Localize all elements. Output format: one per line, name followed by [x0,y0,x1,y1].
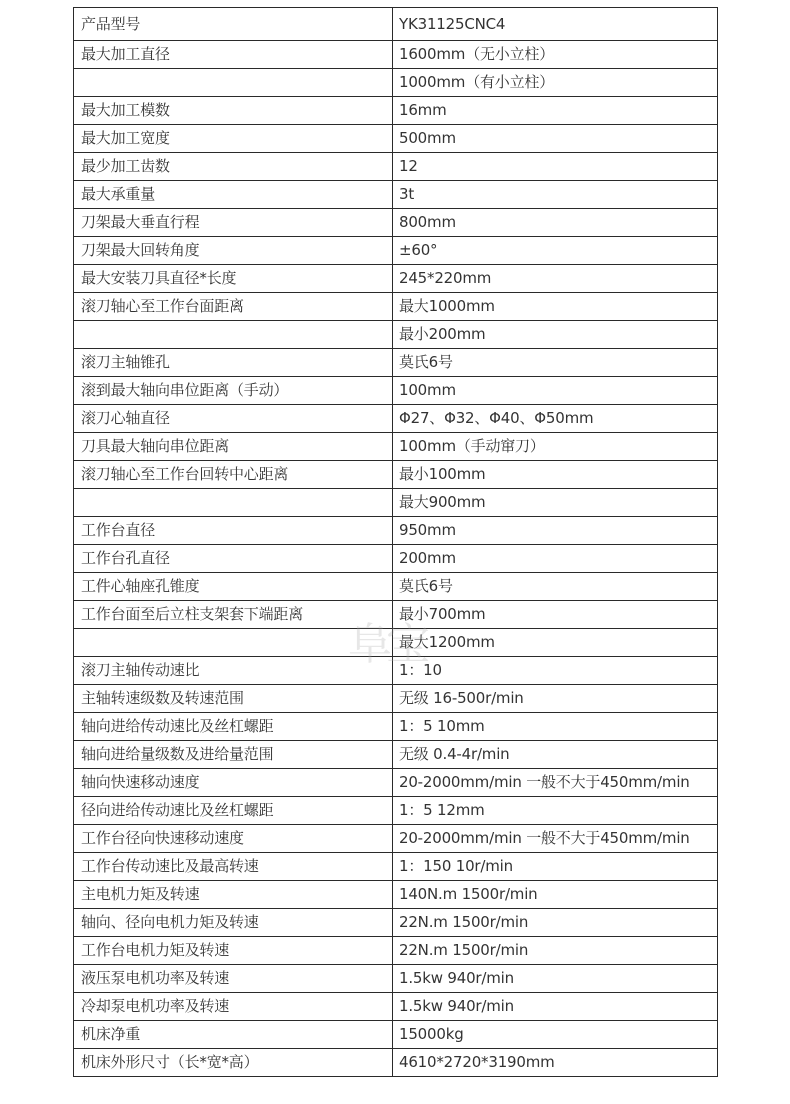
table-row: 最大加工宽度500mm [74,125,718,153]
spec-label: 液压泵电机功率及转速 [74,965,393,993]
spec-label: 刀架最大垂直行程 [74,209,393,237]
spec-label: 冷却泵电机功率及转速 [74,993,393,1021]
table-row: 产品型号YK31125CNC4 [74,8,718,41]
spec-label: 滚刀轴心至工作台回转中心距离 [74,461,393,489]
table-row: 最大加工直径1600mm（无小立柱） [74,41,718,69]
spec-label: 滚刀主轴锥孔 [74,349,393,377]
spec-label: 轴向进给量级数及进给量范围 [74,741,393,769]
spec-value: 莫氏6号 [393,573,718,601]
spec-value: 15000kg [393,1021,718,1049]
spec-label: 工作台径向快速移动速度 [74,825,393,853]
table-row: 机床净重15000kg [74,1021,718,1049]
spec-label: 工件心轴座孔锥度 [74,573,393,601]
spec-table: 产品型号YK31125CNC4最大加工直径1600mm（无小立柱）1000mm（… [73,7,718,1077]
table-row: 滚刀主轴传动速比1：10 [74,657,718,685]
table-row: 最大承重量3t [74,181,718,209]
spec-label: 最大加工模数 [74,97,393,125]
spec-label: 刀具最大轴向串位距离 [74,433,393,461]
spec-value: ±60° [393,237,718,265]
table-row: 最大1200mm [74,629,718,657]
table-row: 最大安装刀具直径*长度245*220mm [74,265,718,293]
spec-label: 滚刀主轴传动速比 [74,657,393,685]
spec-label: 轴向进给传动速比及丝杠螺距 [74,713,393,741]
table-row: 轴向进给传动速比及丝杠螺距1：5 10mm [74,713,718,741]
spec-label: 产品型号 [74,8,393,41]
spec-label [74,69,393,97]
spec-value: 20-2000mm/min 一般不大于450mm/min [393,825,718,853]
table-row: 工作台电机力矩及转速22N.m 1500r/min [74,937,718,965]
spec-label: 工作台孔直径 [74,545,393,573]
table-row: 刀架最大回转角度±60° [74,237,718,265]
spec-value: 100mm（手动窜刀） [393,433,718,461]
spec-value: 莫氏6号 [393,349,718,377]
spec-value: 无级 16-500r/min [393,685,718,713]
spec-value: 1：150 10r/min [393,853,718,881]
spec-label: 滚到最大轴向串位距离（手动） [74,377,393,405]
table-row: 滚刀主轴锥孔莫氏6号 [74,349,718,377]
table-row: 滚刀心轴直径Φ27、Φ32、Φ40、Φ50mm [74,405,718,433]
spec-value: Φ27、Φ32、Φ40、Φ50mm [393,405,718,433]
table-row: 轴向、径向电机力矩及转速22N.m 1500r/min [74,909,718,937]
spec-value: 1：10 [393,657,718,685]
spec-label: 最大加工直径 [74,41,393,69]
table-row: 机床外形尺寸（长*宽*高）4610*2720*3190mm [74,1049,718,1077]
table-row: 工作台传动速比及最高转速1：150 10r/min [74,853,718,881]
spec-label: 工作台面至后立柱支架套下端距离 [74,601,393,629]
spec-value: 200mm [393,545,718,573]
spec-value: 3t [393,181,718,209]
table-row: 滚到最大轴向串位距离（手动）100mm [74,377,718,405]
spec-value: 最小200mm [393,321,718,349]
spec-value: 最小100mm [393,461,718,489]
spec-value: 4610*2720*3190mm [393,1049,718,1077]
spec-label: 工作台电机力矩及转速 [74,937,393,965]
spec-value: 1000mm（有小立柱） [393,69,718,97]
table-row: 最大加工模数16mm [74,97,718,125]
spec-label: 滚刀轴心至工作台面距离 [74,293,393,321]
spec-label: 机床外形尺寸（长*宽*高） [74,1049,393,1077]
table-row: 工作台面至后立柱支架套下端距离最小700mm [74,601,718,629]
spec-value: 1：5 10mm [393,713,718,741]
table-row: 轴向进给量级数及进给量范围无级 0.4-4r/min [74,741,718,769]
table-row: 滚刀轴心至工作台面距离最大1000mm [74,293,718,321]
spec-label: 工作台传动速比及最高转速 [74,853,393,881]
table-row: 滚刀轴心至工作台回转中心距离最小100mm [74,461,718,489]
spec-label: 最少加工齿数 [74,153,393,181]
spec-label: 主电机力矩及转速 [74,881,393,909]
spec-value: 22N.m 1500r/min [393,909,718,937]
spec-value: 245*220mm [393,265,718,293]
table-row: 径向进给传动速比及丝杠螺距1：5 12mm [74,797,718,825]
spec-label [74,629,393,657]
spec-label: 滚刀心轴直径 [74,405,393,433]
spec-label: 轴向、径向电机力矩及转速 [74,909,393,937]
spec-value: 无级 0.4-4r/min [393,741,718,769]
table-row: 最小200mm [74,321,718,349]
spec-label: 主轴转速级数及转速范围 [74,685,393,713]
table-row: 刀架最大垂直行程800mm [74,209,718,237]
table-row: 工作台孔直径200mm [74,545,718,573]
table-row: 主电机力矩及转速140N.m 1500r/min [74,881,718,909]
table-row: 工件心轴座孔锥度莫氏6号 [74,573,718,601]
spec-value: 最大1000mm [393,293,718,321]
spec-label [74,489,393,517]
spec-value: 500mm [393,125,718,153]
spec-label: 最大加工宽度 [74,125,393,153]
table-row: 冷却泵电机功率及转速1.5kw 940r/min [74,993,718,1021]
spec-label: 最大承重量 [74,181,393,209]
spec-label [74,321,393,349]
table-row: 工作台直径950mm [74,517,718,545]
spec-value: 最大1200mm [393,629,718,657]
spec-label: 机床净重 [74,1021,393,1049]
table-row: 轴向快速移动速度20-2000mm/min 一般不大于450mm/min [74,769,718,797]
table-row: 工作台径向快速移动速度20-2000mm/min 一般不大于450mm/min [74,825,718,853]
spec-label: 刀架最大回转角度 [74,237,393,265]
table-row: 液压泵电机功率及转速1.5kw 940r/min [74,965,718,993]
spec-value: 22N.m 1500r/min [393,937,718,965]
spec-label: 径向进给传动速比及丝杠螺距 [74,797,393,825]
spec-value: YK31125CNC4 [393,8,718,41]
spec-value: 950mm [393,517,718,545]
spec-value: 1600mm（无小立柱） [393,41,718,69]
spec-value: 16mm [393,97,718,125]
table-row: 1000mm（有小立柱） [74,69,718,97]
spec-value: 1.5kw 940r/min [393,993,718,1021]
spec-label: 工作台直径 [74,517,393,545]
spec-table-body: 产品型号YK31125CNC4最大加工直径1600mm（无小立柱）1000mm（… [74,8,718,1077]
spec-value: 最大900mm [393,489,718,517]
spec-value: 12 [393,153,718,181]
spec-value: 1.5kw 940r/min [393,965,718,993]
spec-value: 100mm [393,377,718,405]
table-row: 最大900mm [74,489,718,517]
table-row: 主轴转速级数及转速范围无级 16-500r/min [74,685,718,713]
spec-value: 800mm [393,209,718,237]
table-row: 最少加工齿数12 [74,153,718,181]
spec-label: 最大安装刀具直径*长度 [74,265,393,293]
spec-value: 20-2000mm/min 一般不大于450mm/min [393,769,718,797]
spec-label: 轴向快速移动速度 [74,769,393,797]
table-row: 刀具最大轴向串位距离100mm（手动窜刀） [74,433,718,461]
spec-value: 140N.m 1500r/min [393,881,718,909]
spec-value: 1：5 12mm [393,797,718,825]
spec-value: 最小700mm [393,601,718,629]
